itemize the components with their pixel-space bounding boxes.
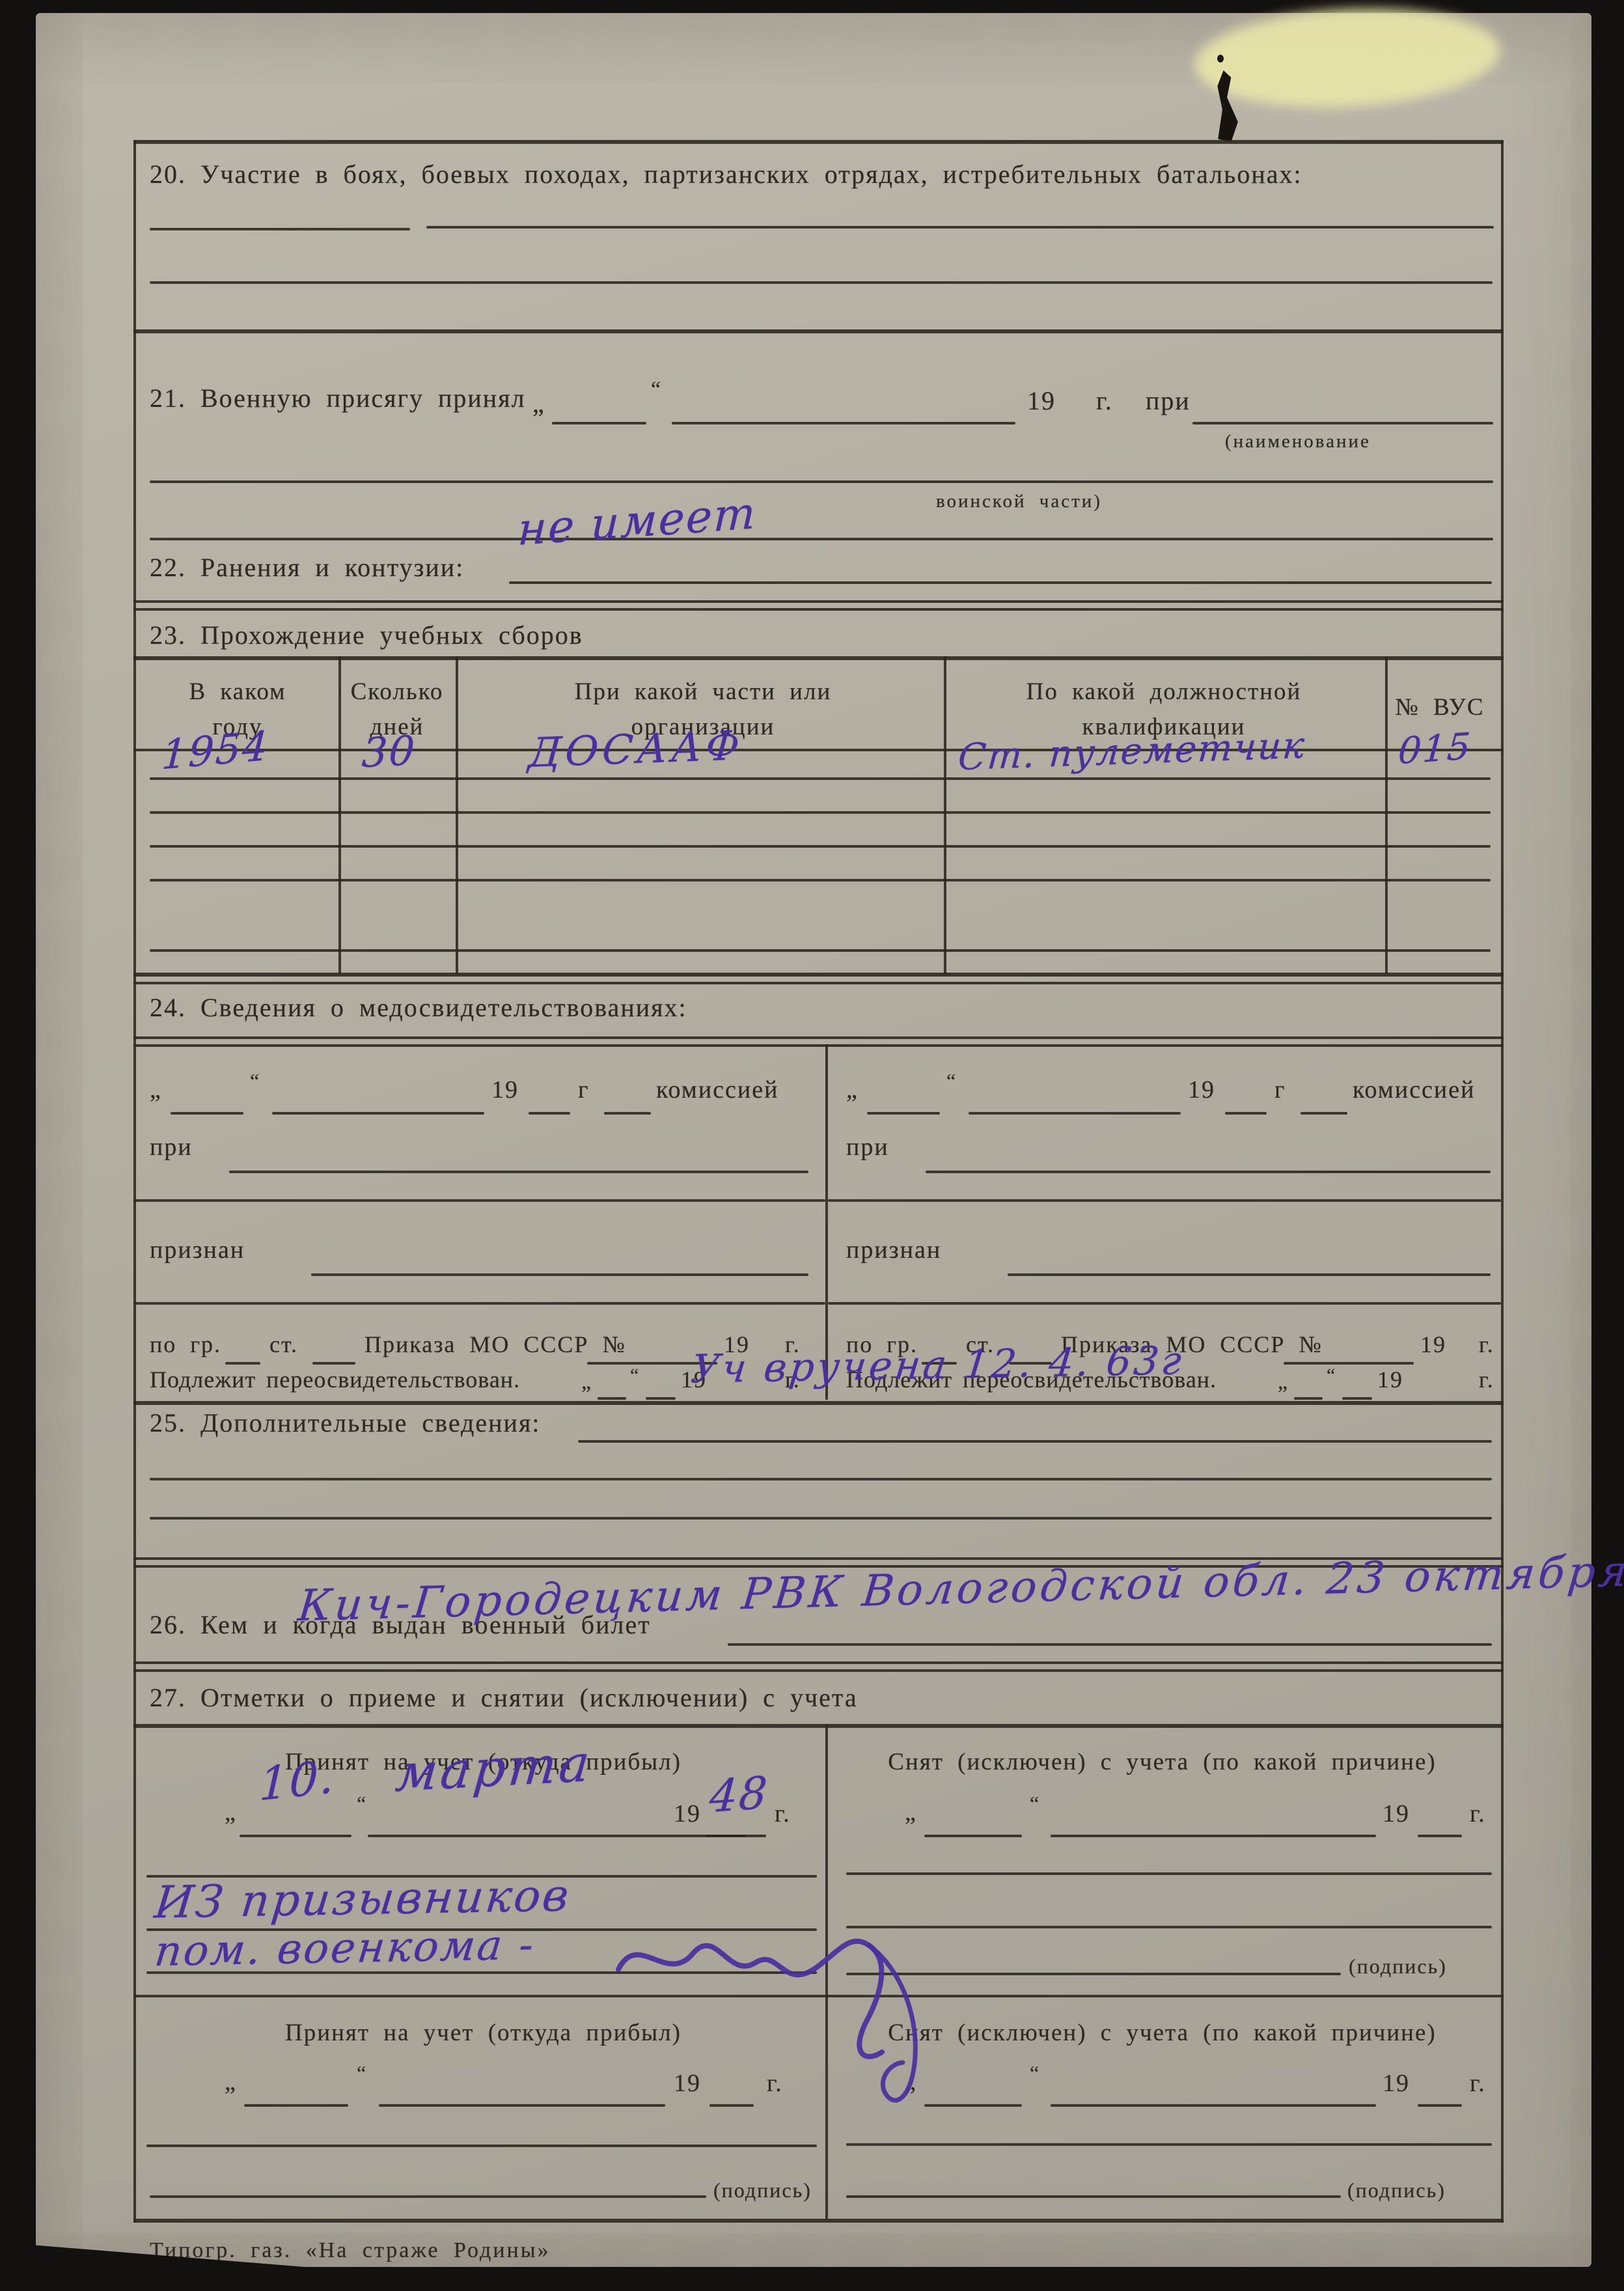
handwritten-vus: 015 — [1397, 725, 1473, 773]
handwritten-day: 10. — [258, 1749, 337, 1811]
blank-field — [150, 538, 1493, 540]
blank-field — [1051, 1835, 1376, 1837]
handwritten-from: ИЗ призывников — [152, 1870, 573, 1928]
blank-field — [509, 581, 1492, 584]
section-divider — [133, 1401, 1504, 1405]
blank-field — [229, 1171, 808, 1173]
blank-field — [924, 1835, 1022, 1837]
form-left-border — [133, 140, 136, 2223]
open-quote: „ — [150, 1076, 162, 1104]
footnote-voinskoy-chasti: воинской части) — [936, 491, 1102, 512]
handwritten-org: ДОСААФ — [527, 721, 745, 777]
table-bottom-rule — [133, 973, 1504, 977]
row-divider — [828, 1302, 1501, 1305]
blank-field — [311, 1273, 808, 1276]
section-divider — [133, 1669, 1504, 1672]
ruled-line — [146, 2145, 817, 2147]
blank-field — [1301, 1112, 1347, 1115]
column-divider — [944, 656, 946, 974]
year-prefix: 19 — [1383, 1799, 1410, 1828]
section25-title: 25. Дополнительные сведения: — [150, 1408, 540, 1438]
signature — [609, 1908, 1012, 2116]
ruled-line — [846, 2143, 1492, 2146]
blank-field — [598, 1397, 626, 1400]
year-prefix: 19 — [1188, 1076, 1215, 1104]
open-quote: „ — [532, 388, 545, 419]
blank-field — [578, 1440, 1492, 1443]
year-suffix: г. — [1470, 2069, 1486, 2098]
column-divider — [338, 656, 341, 974]
handwritten-official: пом. военкома - — [152, 1921, 538, 1976]
close-quote: “ — [357, 2061, 367, 2085]
column-divider — [456, 656, 458, 974]
table-top-rule — [133, 1724, 1504, 1728]
blank-field — [706, 1835, 766, 1837]
ruled-line — [150, 1517, 1492, 1520]
form-top-border — [133, 140, 1504, 144]
footnote-naimenovanie: (наименование — [1225, 431, 1371, 452]
signature-line — [846, 2195, 1341, 2198]
year-suffix: г. — [775, 1799, 791, 1828]
blank-field — [552, 422, 646, 424]
table-bottom-rule2 — [133, 982, 1504, 984]
open-quote: „ — [905, 1798, 917, 1827]
ruled-line — [426, 226, 1494, 229]
blank-field — [1294, 1397, 1323, 1400]
ink-dot — [1217, 55, 1224, 62]
table-row-line — [150, 811, 1491, 814]
section21-title: 21. Военную присягу принял — [150, 383, 526, 413]
section-divider — [133, 1044, 1504, 1047]
blank-field — [312, 1362, 355, 1365]
ruled-line — [846, 1872, 1492, 1875]
blank-field — [728, 1643, 1492, 1646]
close-quote: “ — [1030, 2061, 1040, 2085]
year-suffix: г — [578, 1076, 590, 1104]
priznan-label: признан — [150, 1236, 245, 1264]
blank-field — [244, 2104, 348, 2107]
blank-field — [1008, 1273, 1491, 1276]
po-gr-label: по гр. — [150, 1331, 221, 1358]
blank-field — [1051, 2104, 1376, 2107]
year-suffix: г. — [1470, 1799, 1486, 1828]
handwritten-additional-info: Уч вручена 12. 4. 63г — [689, 1338, 1186, 1392]
year-suffix: г. — [1479, 1331, 1494, 1358]
pri-label: при — [150, 1133, 193, 1161]
st-label: ст. — [269, 1331, 298, 1358]
form-bottom-border — [133, 2219, 1504, 2223]
section-divider — [133, 1036, 1504, 1039]
podlezhit-label: Подлежит переосвидетельствован. — [150, 1366, 520, 1393]
blank-field — [529, 1112, 570, 1115]
blank-field — [225, 1362, 260, 1365]
table-row-line — [150, 879, 1491, 882]
section23-title: 23. Прохождение учебных сборов — [150, 620, 583, 650]
year-prefix: 19 — [1383, 2069, 1410, 2098]
blank-field — [604, 1112, 651, 1115]
close-quote: “ — [946, 1069, 957, 1093]
handwritten-month: марта — [393, 1734, 594, 1803]
form-right-border — [1501, 140, 1504, 2223]
commission-label: комиссией — [656, 1076, 778, 1104]
podpis-label: (подпись) — [1347, 2178, 1446, 2202]
close-quote: “ — [651, 378, 662, 402]
open-quote: „ — [225, 2068, 237, 2096]
year-prefix: 19 — [1027, 385, 1056, 416]
scanned-military-document: 20. Участие в боях, боевых походах, парт… — [0, 0, 1624, 2291]
section-divider — [133, 608, 1504, 611]
section20-title: 20. Участие в боях, боевых походах, парт… — [150, 159, 1302, 189]
open-quote: „ — [225, 1798, 237, 1827]
close-quote: “ — [357, 1792, 367, 1816]
section24-title: 24. Сведения о медосвидетельствованиях: — [150, 992, 687, 1023]
open-quote: „ — [846, 1076, 859, 1104]
handwritten-year: 1954 — [160, 721, 270, 779]
blank-field — [969, 1112, 1181, 1115]
year-suffix: г. — [1096, 385, 1113, 416]
blank-field — [1284, 1362, 1414, 1365]
section22-title: 22. Ранения и контузии: — [150, 552, 464, 583]
year-prefix: 19 — [1377, 1366, 1403, 1393]
blank-field — [1418, 2104, 1462, 2107]
year-prefix: 19 — [1420, 1331, 1446, 1358]
priznan-label: признан — [846, 1236, 941, 1264]
blank-field — [240, 1835, 351, 1837]
table-row-line — [150, 845, 1491, 848]
ruled-line — [150, 228, 410, 230]
year-suffix: г — [1274, 1076, 1286, 1104]
blank-field — [272, 1112, 484, 1115]
commission-label: комиссией — [1353, 1076, 1475, 1104]
row-divider — [133, 1302, 825, 1305]
open-quote: „ — [1278, 1370, 1289, 1395]
removed-header: Снят (исключен) с учета (по какой причин… — [832, 1745, 1493, 1780]
pri-label: при — [846, 1133, 889, 1161]
row-divider — [133, 1199, 825, 1202]
blank-field — [646, 1397, 676, 1400]
ruled-line — [150, 1478, 1492, 1480]
blank-field — [1225, 1112, 1267, 1115]
year-prefix: 19 — [491, 1076, 519, 1104]
year-suffix: г. — [1479, 1366, 1494, 1393]
prikaz-label: Приказа МО СССР № — [365, 1331, 626, 1358]
blank-field — [171, 1112, 243, 1115]
year-prefix: 19 — [674, 1799, 701, 1828]
blank-field — [926, 1171, 1491, 1173]
handwritten-year: 48 — [708, 1768, 770, 1824]
blank-field — [1342, 1397, 1372, 1400]
close-quote: “ — [250, 1069, 260, 1093]
handwritten-days: 30 — [361, 727, 417, 777]
close-quote: “ — [1327, 1365, 1336, 1387]
blank-field — [150, 480, 1493, 483]
pri-label: при — [1146, 385, 1190, 416]
section-divider — [133, 1661, 1504, 1664]
open-quote: „ — [581, 1370, 592, 1395]
podpis-label: (подпись) — [713, 2178, 812, 2202]
signature-line — [150, 2195, 706, 2198]
blank-field — [1418, 1835, 1462, 1837]
blank-field — [672, 422, 1015, 424]
podpis-label: (подпись) — [1349, 1954, 1447, 1979]
section-divider — [133, 600, 1504, 603]
blank-field — [1192, 422, 1493, 424]
table-row-line — [150, 777, 1491, 780]
row-divider — [828, 1199, 1501, 1202]
section-divider — [133, 329, 1504, 333]
close-quote: “ — [1030, 1792, 1040, 1816]
col-header-vus: № ВУС — [1388, 690, 1492, 725]
blank-field — [368, 1835, 745, 1837]
table-row-line — [150, 949, 1491, 952]
ruled-line — [150, 281, 1493, 284]
section27-title: 27. Отметки о приеме и снятии (исключени… — [150, 1682, 858, 1713]
blank-field — [867, 1112, 940, 1115]
close-quote: “ — [630, 1365, 640, 1387]
